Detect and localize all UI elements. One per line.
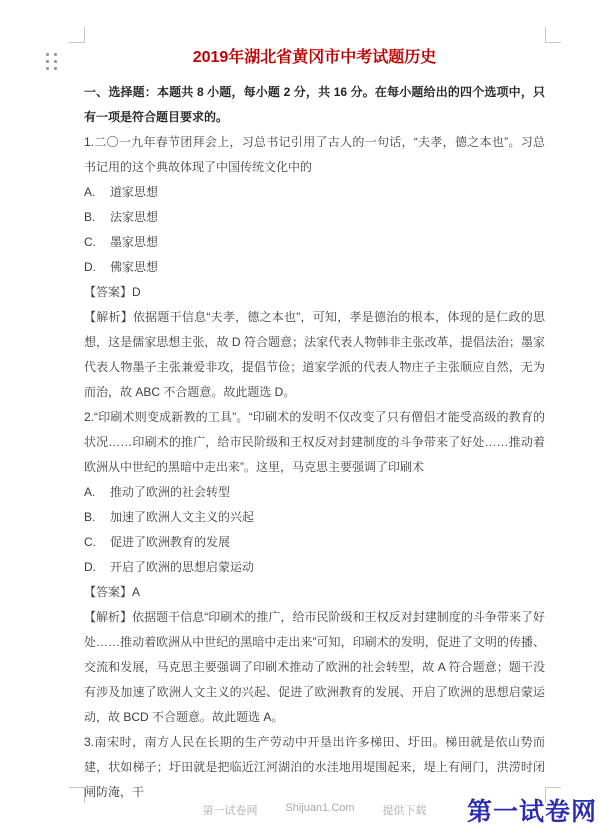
- footer-site-name: 第一试卷网: [202, 802, 257, 818]
- option-letter: A.: [84, 480, 110, 505]
- option-letter: D.: [84, 255, 110, 280]
- section-header: 一、选择题：本题共 8 小题，每小题 2 分，共 16 分。在每小题给出的四个选…: [84, 80, 545, 130]
- option-letter: C.: [84, 230, 110, 255]
- question-1-option-a: A. 道家思想: [84, 180, 545, 205]
- option-letter: D.: [84, 555, 110, 580]
- page-title: 2019年湖北省黄冈市中考试题历史: [84, 46, 545, 70]
- option-text: 开启了欧洲的思想启蒙运动: [110, 555, 254, 580]
- question-2-answer: 【答案】A: [84, 580, 545, 605]
- question-1-option-d: D. 佛家思想: [84, 255, 545, 280]
- option-text: 道家思想: [110, 180, 158, 205]
- option-text: 佛家思想: [110, 255, 158, 280]
- question-1-answer: 【答案】D: [84, 280, 545, 305]
- question-2-option-d: D. 开启了欧洲的思想启蒙运动: [84, 555, 545, 580]
- question-2-stem: 2.“印刷术则变成新教的工具”。“印刷术的发明不仅改变了只有僧侣才能受高级的教育…: [84, 405, 545, 480]
- footer-download-hint: 提供下载: [383, 802, 427, 818]
- text-boundary-mark-bottom-left: [69, 787, 85, 803]
- document-content: 2019年湖北省黄冈市中考试题历史 一、选择题：本题共 8 小题，每小题 2 分…: [84, 46, 545, 805]
- option-text: 墨家思想: [110, 230, 158, 255]
- option-letter: B.: [84, 205, 110, 230]
- option-text: 推动了欧洲的社会转型: [110, 480, 230, 505]
- text-boundary-mark-top-right: [545, 27, 561, 43]
- question-1-stem: 1.二〇一九年春节团拜会上，习总书记引用了古人的一句话，“夫孝，德之本也”。习总…: [84, 130, 545, 180]
- watermark-logo: 第一试卷网: [467, 792, 597, 828]
- question-1-option-c: C. 墨家思想: [84, 230, 545, 255]
- question-2-option-a: A. 推动了欧洲的社会转型: [84, 480, 545, 505]
- option-text: 加速了欧洲人文主义的兴起: [110, 505, 254, 530]
- question-2-option-c: C. 促进了欧洲教育的发展: [84, 530, 545, 555]
- option-letter: C.: [84, 530, 110, 555]
- question-1-analysis: 【解析】依据题干信息“夫孝，德之本也”，可知，孝是德治的根本，体现的是仁政的思想…: [84, 305, 545, 405]
- question-2-option-b: B. 加速了欧洲人文主义的兴起: [84, 505, 545, 530]
- drag-handle-dots-icon: [46, 53, 57, 70]
- option-text: 促进了欧洲教育的发展: [110, 530, 230, 555]
- question-1-option-b: B. 法家思想: [84, 205, 545, 230]
- option-letter: A.: [84, 180, 110, 205]
- question-2-analysis: 【解析】依据题干信息“印刷术的推广，给市民阶级和王权反对封建制度的斗争带来了好处…: [84, 605, 545, 730]
- option-text: 法家思想: [110, 205, 158, 230]
- option-letter: B.: [84, 505, 110, 530]
- text-boundary-mark-top-left: [69, 27, 85, 43]
- footer-site-url: Shijuan1.Com: [285, 802, 354, 818]
